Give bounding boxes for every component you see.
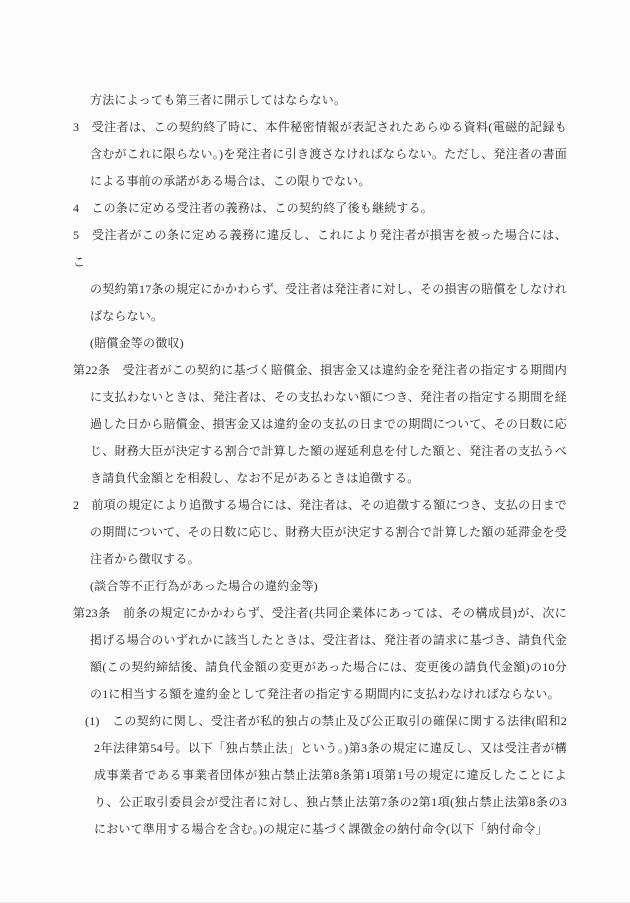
document-line-25: 成事業者である事業者団体が独占禁止法第8条第1項第1号の規定に違反したことによ	[94, 762, 567, 789]
document-line-22: の1に相当する額を違約金として発注者の指定する期間内に支払わなければならない。	[90, 681, 567, 708]
document-line-11: に支払わないときは、発注者は、その支払わない額につき、発注者の指定する期間を経	[90, 384, 567, 411]
document-line-27: において準用する場合を含む。)の規定に基づく課徴金の納付命令(以下「納付命令」	[94, 816, 567, 843]
document-line-3: 含むがこれに限らない。)を発注者に引き渡さなければならない。ただし、発注者の書面	[90, 141, 567, 168]
document-line-17: 注者から徴収する。	[90, 546, 567, 573]
document-line-6: 5 受注者がこの条に定める義務に違反し、これにより発注者が損害を被った場合には、…	[73, 222, 567, 276]
document-line-7: の契約第17条の規定にかかわらず、受注者は発注者に対し、その損害の賠償をしなけれ	[90, 276, 567, 303]
article-22-line-1: 第22条 受注者がこの契約に基づく賠償金、損害金又は違約金を発注者の指定する期間…	[73, 357, 567, 384]
document-line-4: による事前の承諾がある場合は、この限りでない。	[90, 168, 567, 195]
document-line-12: 過した日から賠償金、損害金又は違約金の支払の日までの期間について、その日数に応	[90, 411, 567, 438]
subitem-1-line-1: (1) この契約に関し、受注者が私的独占の禁止及び公正取引の確保に関する法律(昭…	[85, 708, 567, 735]
document-line-20: 掲げる場合のいずれかに該当したときは、受注者は、発注者の請求に基づき、請負代金	[90, 627, 567, 654]
contract-text-block: 方法によっても第三者に開示してはならない。 3 受注者は、この契約終了時に、本件…	[73, 87, 567, 843]
document-line-21: 額(この契約締結後、請負代金額の変更があった場合には、変更後の請負代金額)の10…	[90, 654, 567, 681]
document-line-16: の期間について、その日数に応じ、財務大臣が決定する割合で計算した額の延滞金を受	[90, 519, 567, 546]
document-line-24: 2年法律第54号。以下「独占禁止法」という。)第3条の規定に違反し、又は受注者が…	[94, 735, 567, 762]
document-line-15: 2 前項の規定により追徴する場合には、発注者は、その追徴する額につき、支払の日ま…	[73, 492, 567, 519]
document-line-13: じ、財務大臣が決定する割合で計算した額の遅延利息を付した額と、発注者の支払うべ	[90, 438, 567, 465]
document-line-8: ばならない。	[90, 303, 567, 330]
document-line-26: り、公正取引委員会が受注者に対し、独占禁止法第7条の2第1項(独占禁止法第8条の…	[94, 789, 567, 816]
section-title-compensation: (賠償金等の徴収)	[90, 330, 567, 357]
document-line-14: き請負代金額とを相殺し、なお不足があるときは追徴する。	[90, 465, 567, 492]
document-line-2: 3 受注者は、この契約終了時に、本件秘密情報が表記されたあらゆる資料(電磁的記録…	[73, 114, 567, 141]
document-line-1: 方法によっても第三者に開示してはならない。	[90, 87, 567, 114]
document-line-5: 4 この条に定める受注者の義務は、この契約終了後も継続する。	[73, 195, 567, 222]
section-title-collusion-penalty: (談合等不正行為があった場合の違約金等)	[90, 573, 567, 600]
document-page: 方法によっても第三者に開示してはならない。 3 受注者は、この契約終了時に、本件…	[0, 0, 630, 903]
article-23-line-1: 第23条 前条の規定にかかわらず、受注者(共同企業体にあっては、その構成員)が、…	[73, 600, 567, 627]
